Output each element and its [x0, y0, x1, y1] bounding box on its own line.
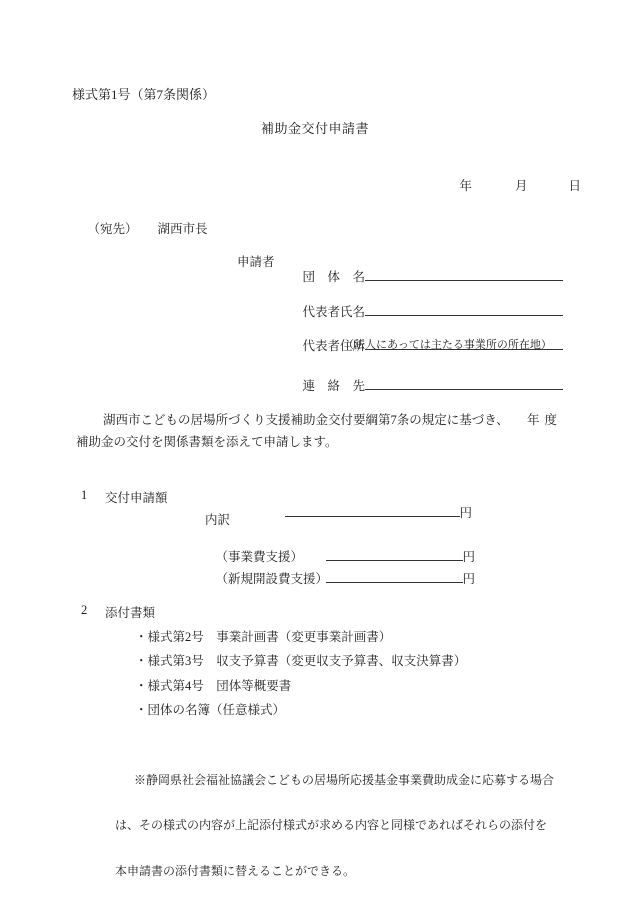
- body-text-line2: 補助金の交付を関係書類を添えて申請します。: [76, 432, 338, 450]
- new-opening-expense-unit: 円: [463, 572, 476, 586]
- attachment-item: ・様式第3号 収支予算書（変更収支予算書、収支決算書）: [135, 651, 466, 669]
- group-name-label: 団 体 名: [303, 270, 366, 284]
- contact-row: 連 絡 先: [290, 361, 563, 409]
- attachment-item: ・様式第4号 団体等概要書: [135, 676, 291, 694]
- date-line: 年月日: [447, 161, 581, 209]
- footnote-line: 本申請書の添付書類に替えることができる。: [115, 864, 555, 879]
- form-number: 様式第1号（第7条関係）: [72, 84, 215, 103]
- application-amount-unit: 円: [460, 506, 473, 520]
- section2-number: 2: [81, 603, 87, 618]
- footnote: ※静岡県社会福祉協議会こどもの居場所応援基金事業費助成金に応募する場合 は、その…: [115, 742, 555, 903]
- representative-name-label: 代表者氏名: [303, 305, 366, 319]
- year-label: 年: [460, 179, 473, 193]
- footnote-line: は、その様式の内容が上記添付様式が求める内容と同様であればそれらの添付を: [115, 818, 555, 833]
- new-opening-expense-underline: [326, 570, 463, 583]
- contact-underline: [365, 377, 563, 390]
- new-opening-expense-row: （新規開設費支援）円: [203, 554, 475, 602]
- addressee-name: 湖西市長: [158, 222, 208, 236]
- new-opening-expense-label: （新規開設費支援）: [216, 569, 326, 587]
- representative-name-underline: [365, 303, 563, 316]
- addressee-prefix: （宛先）: [88, 222, 138, 236]
- group-name-underline: [365, 268, 563, 281]
- section2-heading: 添付書類: [105, 603, 155, 621]
- month-label: 月: [515, 179, 528, 193]
- section1-heading: 交付申請額: [105, 488, 168, 506]
- application-amount-underline: [285, 504, 460, 517]
- fiscal-year-suffix: 年度: [527, 410, 562, 428]
- attachment-item: ・団体の名簿（任意様式）: [135, 700, 285, 718]
- application-amount-row: 円: [272, 488, 472, 536]
- day-label: 日: [569, 179, 582, 193]
- page-title: 補助金交付申請書: [0, 118, 630, 137]
- footnote-line: ※静岡県社会福祉協議会こどもの居場所応援基金事業費助成金に応募する場合: [115, 773, 555, 788]
- section1-number: 1: [81, 488, 87, 503]
- attachment-item: ・様式第2号 事業計画書（変更事業計画書）: [135, 627, 391, 645]
- body-text-line1: 湖西市こどもの居場所づくり支援補助金交付要綱第7条の規定に基づき、: [103, 410, 509, 428]
- representative-address-note: （法人にあっては主たる事業所の所在地）: [343, 336, 552, 352]
- breakdown-label: 内訳: [205, 510, 230, 528]
- contact-label: 連 絡 先: [303, 379, 366, 393]
- applicant-label: 申請者: [237, 252, 275, 270]
- application-form-page: 様式第1号（第7条関係） 補助金交付申請書 年月日 （宛先）湖西市長 申請者 団…: [0, 0, 630, 903]
- addressee-line: （宛先）湖西市長: [75, 204, 208, 252]
